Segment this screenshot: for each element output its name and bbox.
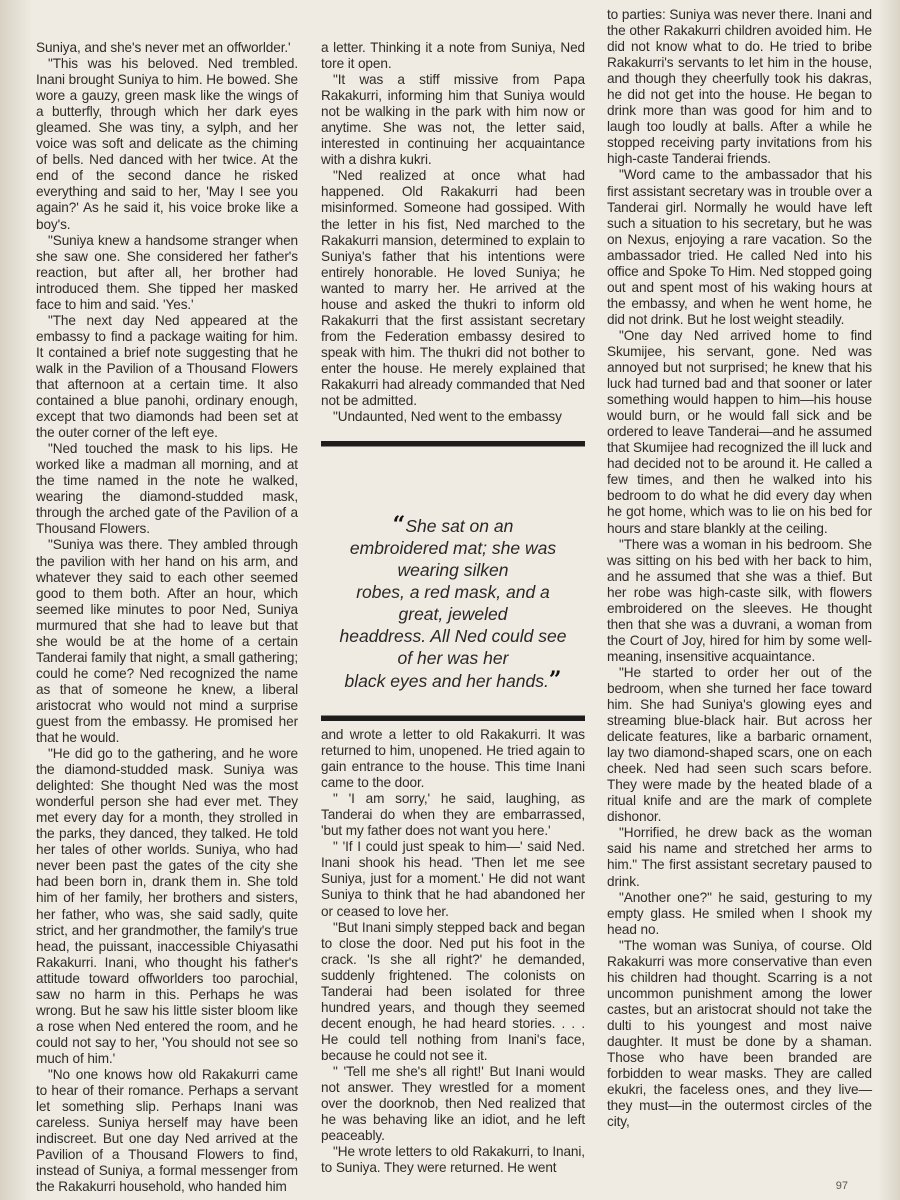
paragraph: "Ned touched the mask to his lips. He wo… bbox=[36, 441, 298, 537]
paragraph: "He started to order her out of the bedr… bbox=[607, 665, 872, 825]
pull-quote-line: of her was her bbox=[321, 647, 585, 669]
paragraph: "This was his beloved. Ned trembled. Ina… bbox=[36, 56, 298, 233]
paragraph: "He wrote letters to old Rakakurri, to I… bbox=[321, 1144, 585, 1176]
paragraph: "There was a woman in his bedroom. She w… bbox=[607, 537, 872, 665]
paragraph: "He did go to the gathering, and he wore… bbox=[36, 746, 298, 1067]
paragraph: a letter. Thinking it a note from Suniya… bbox=[321, 40, 585, 72]
paragraph: "No one knows how old Rakakurri came to … bbox=[36, 1067, 298, 1195]
page-edge-shadow bbox=[878, 0, 900, 1200]
paragraph: Suniya, and she's never met an offworlde… bbox=[36, 40, 298, 56]
text-column-3: to parties: Suniya was never there. Inan… bbox=[607, 7, 872, 1130]
paragraph: "Suniya knew a handsome stranger when sh… bbox=[36, 233, 298, 313]
pull-quote-block: “She sat on an embroidered mat; she was … bbox=[321, 441, 585, 719]
paragraph: " 'I am sorry,' he said, laughing, as Ta… bbox=[321, 791, 585, 839]
text-column-2-top: a letter. Thinking it a note from Suniya… bbox=[321, 40, 585, 425]
close-quote-icon: ” bbox=[549, 667, 562, 693]
paragraph: and wrote a letter to old Rakakurri. It … bbox=[321, 727, 585, 791]
pull-quote-line: great, jeweled bbox=[321, 603, 585, 625]
paragraph: "Another one?" he said, gesturing to my … bbox=[607, 890, 872, 938]
paragraph: to parties: Suniya was never there. Inan… bbox=[607, 7, 872, 167]
text-column-2-bottom: and wrote a letter to old Rakakurri. It … bbox=[321, 727, 585, 1176]
open-quote-icon: “ bbox=[393, 512, 406, 538]
paragraph: " 'Tell me she's all right!' But Inani w… bbox=[321, 1064, 585, 1144]
text-column-1: Suniya, and she's never met an offworlde… bbox=[36, 40, 298, 1195]
pull-quote-line: embroidered mat; she was bbox=[321, 537, 585, 559]
paragraph: "Undaunted, Ned went to the embassy bbox=[321, 409, 585, 425]
paragraph: "Horrified, he drew back as the woman sa… bbox=[607, 825, 872, 889]
pull-quote-line: wearing silken bbox=[321, 559, 585, 581]
pull-quote-line: headdress. All Ned could see bbox=[321, 625, 585, 647]
pull-quote-line: “She sat on an bbox=[321, 514, 585, 537]
paragraph: "The woman was Suniya, of course. Old Ra… bbox=[607, 938, 872, 1131]
paragraph: "One day Ned arrived home to find Skumij… bbox=[607, 328, 872, 537]
paragraph: "It was a stiff missive from Papa Rakaku… bbox=[321, 72, 585, 168]
pull-quote-bottom-rule bbox=[321, 715, 585, 721]
paragraph: " 'If I could just speak to him—' said N… bbox=[321, 839, 585, 919]
page-number: 97 bbox=[836, 1180, 848, 1192]
pull-quote-top-rule bbox=[321, 441, 585, 447]
paragraph: "But Inani simply stepped back and began… bbox=[321, 920, 585, 1064]
pull-quote: “She sat on an embroidered mat; she was … bbox=[321, 514, 585, 692]
paragraph: "Word came to the ambassador that his fi… bbox=[607, 167, 872, 327]
paragraph: "Suniya was there. They ambled through t… bbox=[36, 537, 298, 746]
paragraph: "The next day Ned appeared at the embass… bbox=[36, 313, 298, 441]
paragraph: "Ned realized at once what had happened.… bbox=[321, 168, 585, 409]
page-gutter-shadow bbox=[0, 0, 32, 1200]
pull-quote-line: black eyes and her hands.” bbox=[321, 669, 585, 692]
pull-quote-line: robes, a red mask, and a bbox=[321, 581, 585, 603]
